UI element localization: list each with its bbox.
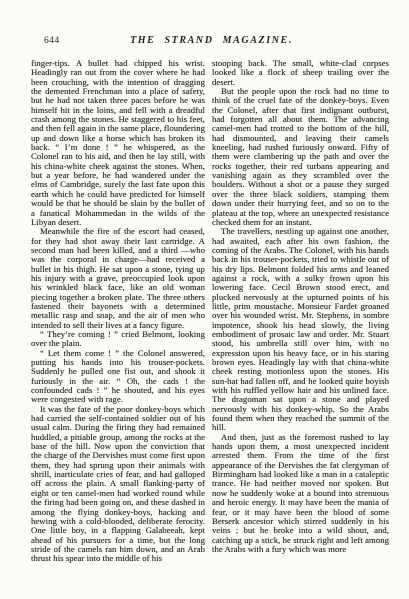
paragraph: “ They’re coming ! ” cried Belmont, look… [31, 330, 205, 349]
paragraph: It was the fate of the poor donkey-boys … [31, 405, 205, 564]
paragraph: Meanwhile the fire of the escort had cea… [31, 227, 205, 330]
text-columns: finger-tips. A bullet had chipped his wr… [31, 59, 389, 564]
paragraph: stooping back. The small, white-clad cor… [212, 59, 389, 87]
left-text-column: finger-tips. A bullet had chipped his wr… [31, 59, 205, 564]
paragraph: The travellers, nestling up against one … [212, 227, 389, 433]
magazine-page: 644 THE STRAND MAGAZINE. finger-tips. A … [0, 0, 409, 599]
right-text-column: stooping back. The small, white-clad cor… [212, 59, 389, 564]
paragraph: But the people upon the rock had no time… [212, 87, 389, 227]
paragraph: And then, just as the foremost rushed to… [212, 433, 389, 554]
page-number: 644 [44, 36, 60, 46]
running-title: THE STRAND MAGAZINE. [14, 35, 409, 46]
page-header: 644 THE STRAND MAGAZINE. [0, 35, 409, 49]
paragraph: “ Let them come ! ” the Colonel answered… [31, 349, 205, 405]
paragraph: finger-tips. A bullet had chipped his wr… [31, 59, 205, 227]
